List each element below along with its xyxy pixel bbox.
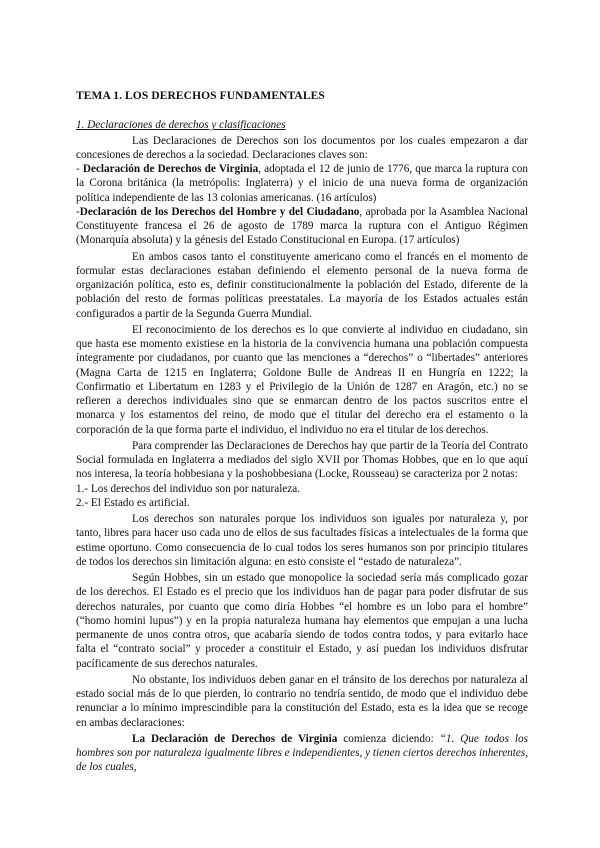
note-item-2: 2.- El Estado es artificial. [76, 496, 528, 510]
section-heading: 1. Declaraciones de derechos y clasifica… [76, 118, 528, 132]
list-item-prefix: - [76, 163, 83, 175]
paragraph-virginia-quote: La Declaración de Derechos de Virginia c… [76, 732, 528, 775]
paragraph-nevertheless: No obstante, los individuos deben ganar … [76, 673, 528, 730]
virginia-declaration-name: Declaración de Derechos de Virginia [83, 163, 258, 175]
paragraph-hobbes: Según Hobbes, sin un estado que monopoli… [76, 571, 528, 671]
paragraph-both-cases: En ambos casos tanto el constituyente am… [76, 250, 528, 321]
note-item-1: 1.- Los derechos del individuo son por n… [76, 482, 528, 496]
list-item-virginia: - Declaración de Derechos de Virginia, a… [76, 162, 528, 205]
paragraph-social-contract: Para comprender las Declaraciones de Der… [76, 439, 528, 482]
paragraph-recognition: El reconocimiento de los derechos es lo … [76, 323, 528, 437]
virginia-declaration-name: La Declaración de Derechos de Virginia [132, 733, 337, 745]
document-page: TEMA 1. LOS DERECHOS FUNDAMENTALES 1. De… [76, 89, 528, 775]
document-title: TEMA 1. LOS DERECHOS FUNDAMENTALES [76, 89, 528, 103]
paragraph-intro: Las Declaraciones de Derechos son los do… [76, 134, 528, 163]
paragraph-text: comienza diciendo: [337, 733, 439, 745]
list-item-france: -Declaración de los Derechos del Hombre … [76, 205, 528, 248]
rights-of-man-declaration-name: Declaración de los Derechos del Hombre y… [80, 206, 360, 218]
paragraph-natural-rights: Los derechos son naturales porque los in… [76, 512, 528, 569]
